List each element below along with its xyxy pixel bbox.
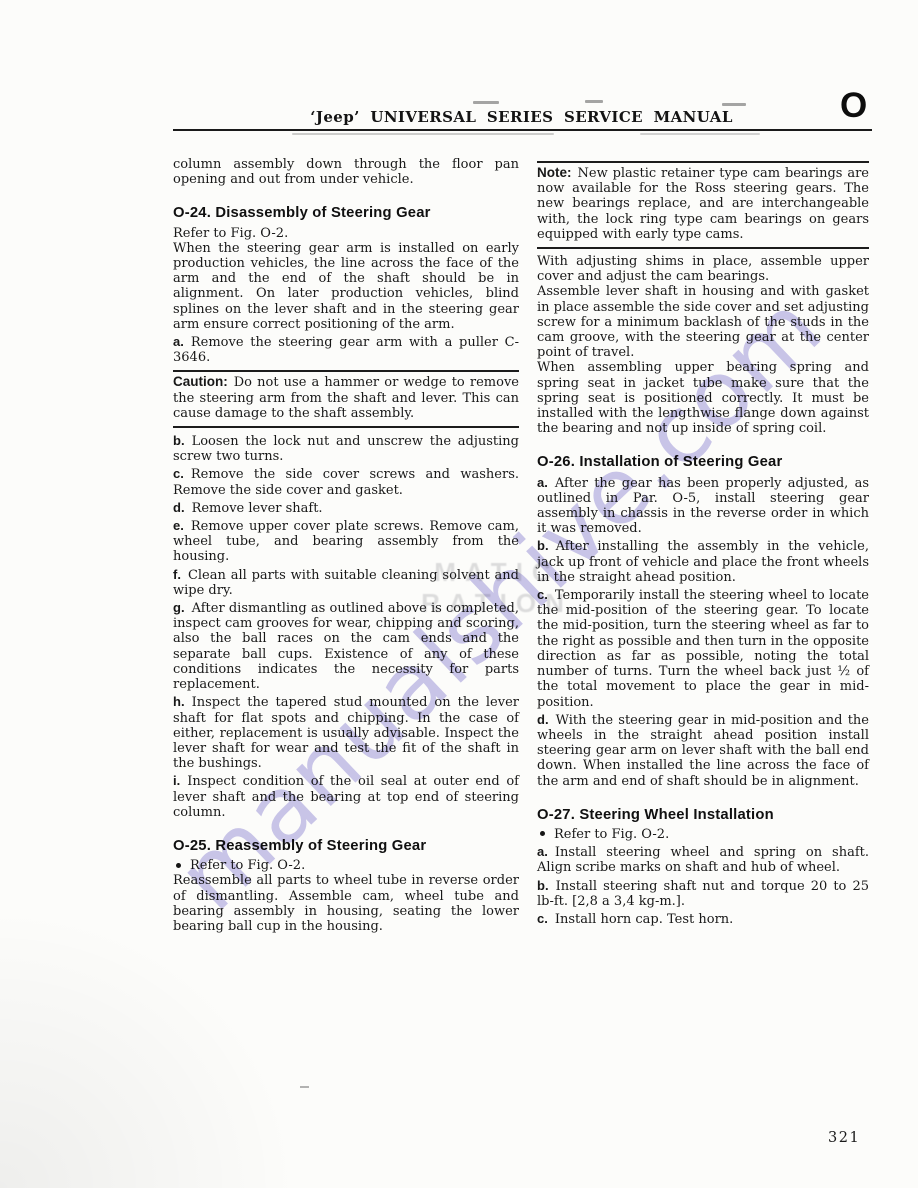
step-letter: a. [537, 475, 548, 490]
step-text: With the steering gear in mid-position a… [537, 713, 869, 789]
step-text: Remove lever shaft. [192, 501, 323, 516]
step-g: g.After dismantling as outlined above is… [173, 600, 519, 692]
chapter-letter: O [840, 88, 880, 123]
bullet-icon [540, 831, 545, 836]
step-c: c.Temporarily install the steering wheel… [537, 587, 869, 710]
step-text: Install steering shaft nut and torque 20… [537, 879, 869, 909]
header-rule [173, 129, 872, 131]
step-letter: c. [537, 587, 548, 602]
page-number: 321 [828, 1130, 860, 1146]
section-heading-o27: O-27. Steering Wheel Installation [537, 808, 869, 823]
refer-line: Refer to Fig. O-2. [173, 226, 519, 241]
step-text: After installing the assembly in the veh… [537, 539, 869, 584]
step-text: After dismantling as outlined above is c… [173, 601, 519, 692]
caution-label: Caution: [173, 374, 228, 389]
step-letter: c. [173, 466, 184, 481]
step-letter: g. [173, 600, 185, 615]
step-i: i.Inspect condition of the oil seal at o… [173, 773, 519, 820]
step-b: b.Loosen the lock nut and unscrew the ad… [173, 433, 519, 464]
scan-smudge [292, 133, 554, 135]
step-text: Temporarily install the steering wheel t… [537, 588, 869, 709]
scan-speck [300, 1086, 309, 1088]
scan-smudge [585, 100, 603, 103]
step-a: a.Remove the steering gear arm with a pu… [173, 334, 519, 365]
left-column: column assembly down through the floor p… [173, 155, 519, 934]
step-letter: b. [537, 878, 549, 893]
step-c: c.Install horn cap. Test horn. [537, 911, 869, 927]
step-letter: e. [173, 518, 184, 533]
step-b: b.Install steering shaft nut and torque … [537, 878, 869, 909]
step-a: a.After the gear has been properly adjus… [537, 475, 869, 537]
step-d: d.With the steering gear in mid-position… [537, 712, 869, 789]
step-text: Loosen the lock nut and unscrew the adju… [173, 434, 519, 464]
step-text: Install steering wheel and spring on sha… [537, 845, 869, 875]
note-box: Note:New plastic retainer type cam beari… [537, 161, 869, 249]
note-text: New plastic retainer type cam bearings a… [537, 166, 869, 242]
step-f: f.Clean all parts with suitable cleaning… [173, 567, 519, 598]
step-letter: h. [173, 694, 185, 709]
paragraph: When the steering gear arm is installed … [173, 241, 519, 332]
refer-line: Refer to Fig. O-2. [173, 858, 519, 873]
step-a: a.Install steering wheel and spring on s… [537, 844, 869, 875]
step-h: h.Inspect the tapered stud mounted on th… [173, 694, 519, 771]
step-letter: c. [537, 911, 548, 926]
step-c: c.Remove the side cover screws and washe… [173, 466, 519, 497]
step-e: e.Remove upper cover plate screws. Remov… [173, 518, 519, 565]
paragraph: When assembling upper bearing spring and… [537, 360, 869, 436]
step-text: After the gear has been properly adjuste… [537, 476, 869, 537]
header-title: ‘Jeep’ UNIVERSAL SERIES SERVICE MANUAL [173, 108, 870, 126]
scan-smudge [473, 101, 499, 104]
step-letter: d. [173, 500, 185, 515]
scan-smudge [640, 133, 760, 135]
step-letter: a. [173, 334, 184, 349]
bullet-icon [176, 863, 181, 868]
right-column: Note:New plastic retainer type cam beari… [537, 155, 869, 927]
section-heading-o25: O-25. Reassembly of Steering Gear [173, 839, 519, 854]
step-text: Remove the steering gear arm with a pull… [173, 335, 519, 365]
scan-smudge [722, 103, 746, 106]
step-letter: b. [173, 433, 185, 448]
paragraph: Assemble lever shaft in housing and with… [537, 284, 869, 360]
step-letter: a. [537, 844, 548, 859]
section-heading-o24: O-24. Disassembly of Steering Gear [173, 206, 519, 221]
refer-text: Refer to Fig. O-2. [190, 858, 305, 873]
step-text: Clean all parts with suitable cleaning s… [173, 568, 519, 598]
step-text: Remove the side cover screws and washers… [173, 467, 519, 497]
step-letter: i. [173, 773, 180, 788]
step-letter: d. [537, 712, 549, 727]
paragraph-continued: column assembly down through the floor p… [173, 155, 519, 187]
step-letter: b. [537, 538, 549, 553]
step-d: d.Remove lever shaft. [173, 500, 519, 516]
refer-text: Refer to Fig. O-2. [554, 827, 669, 842]
step-text: Inspect condition of the oil seal at out… [173, 774, 519, 819]
step-text: Install horn cap. Test horn. [555, 912, 733, 927]
manual-page: ‘Jeep’ UNIVERSAL SERIES SERVICE MANUAL O… [0, 0, 918, 1188]
paragraph: With adjusting shims in place, assemble … [537, 254, 869, 284]
step-text: Inspect the tapered stud mounted on the … [173, 695, 519, 771]
step-b: b.After installing the assembly in the v… [537, 538, 869, 585]
step-text: Remove upper cover plate screws. Remove … [173, 519, 519, 564]
note-label: Note: [537, 165, 572, 180]
refer-line: Refer to Fig. O-2. [537, 827, 869, 842]
paragraph: Reassemble all parts to wheel tube in re… [173, 873, 519, 934]
step-letter: f. [173, 567, 181, 582]
section-heading-o26: O-26. Installation of Steering Gear [537, 455, 869, 470]
caution-box: Caution:Do not use a hammer or wedge to … [173, 370, 519, 428]
